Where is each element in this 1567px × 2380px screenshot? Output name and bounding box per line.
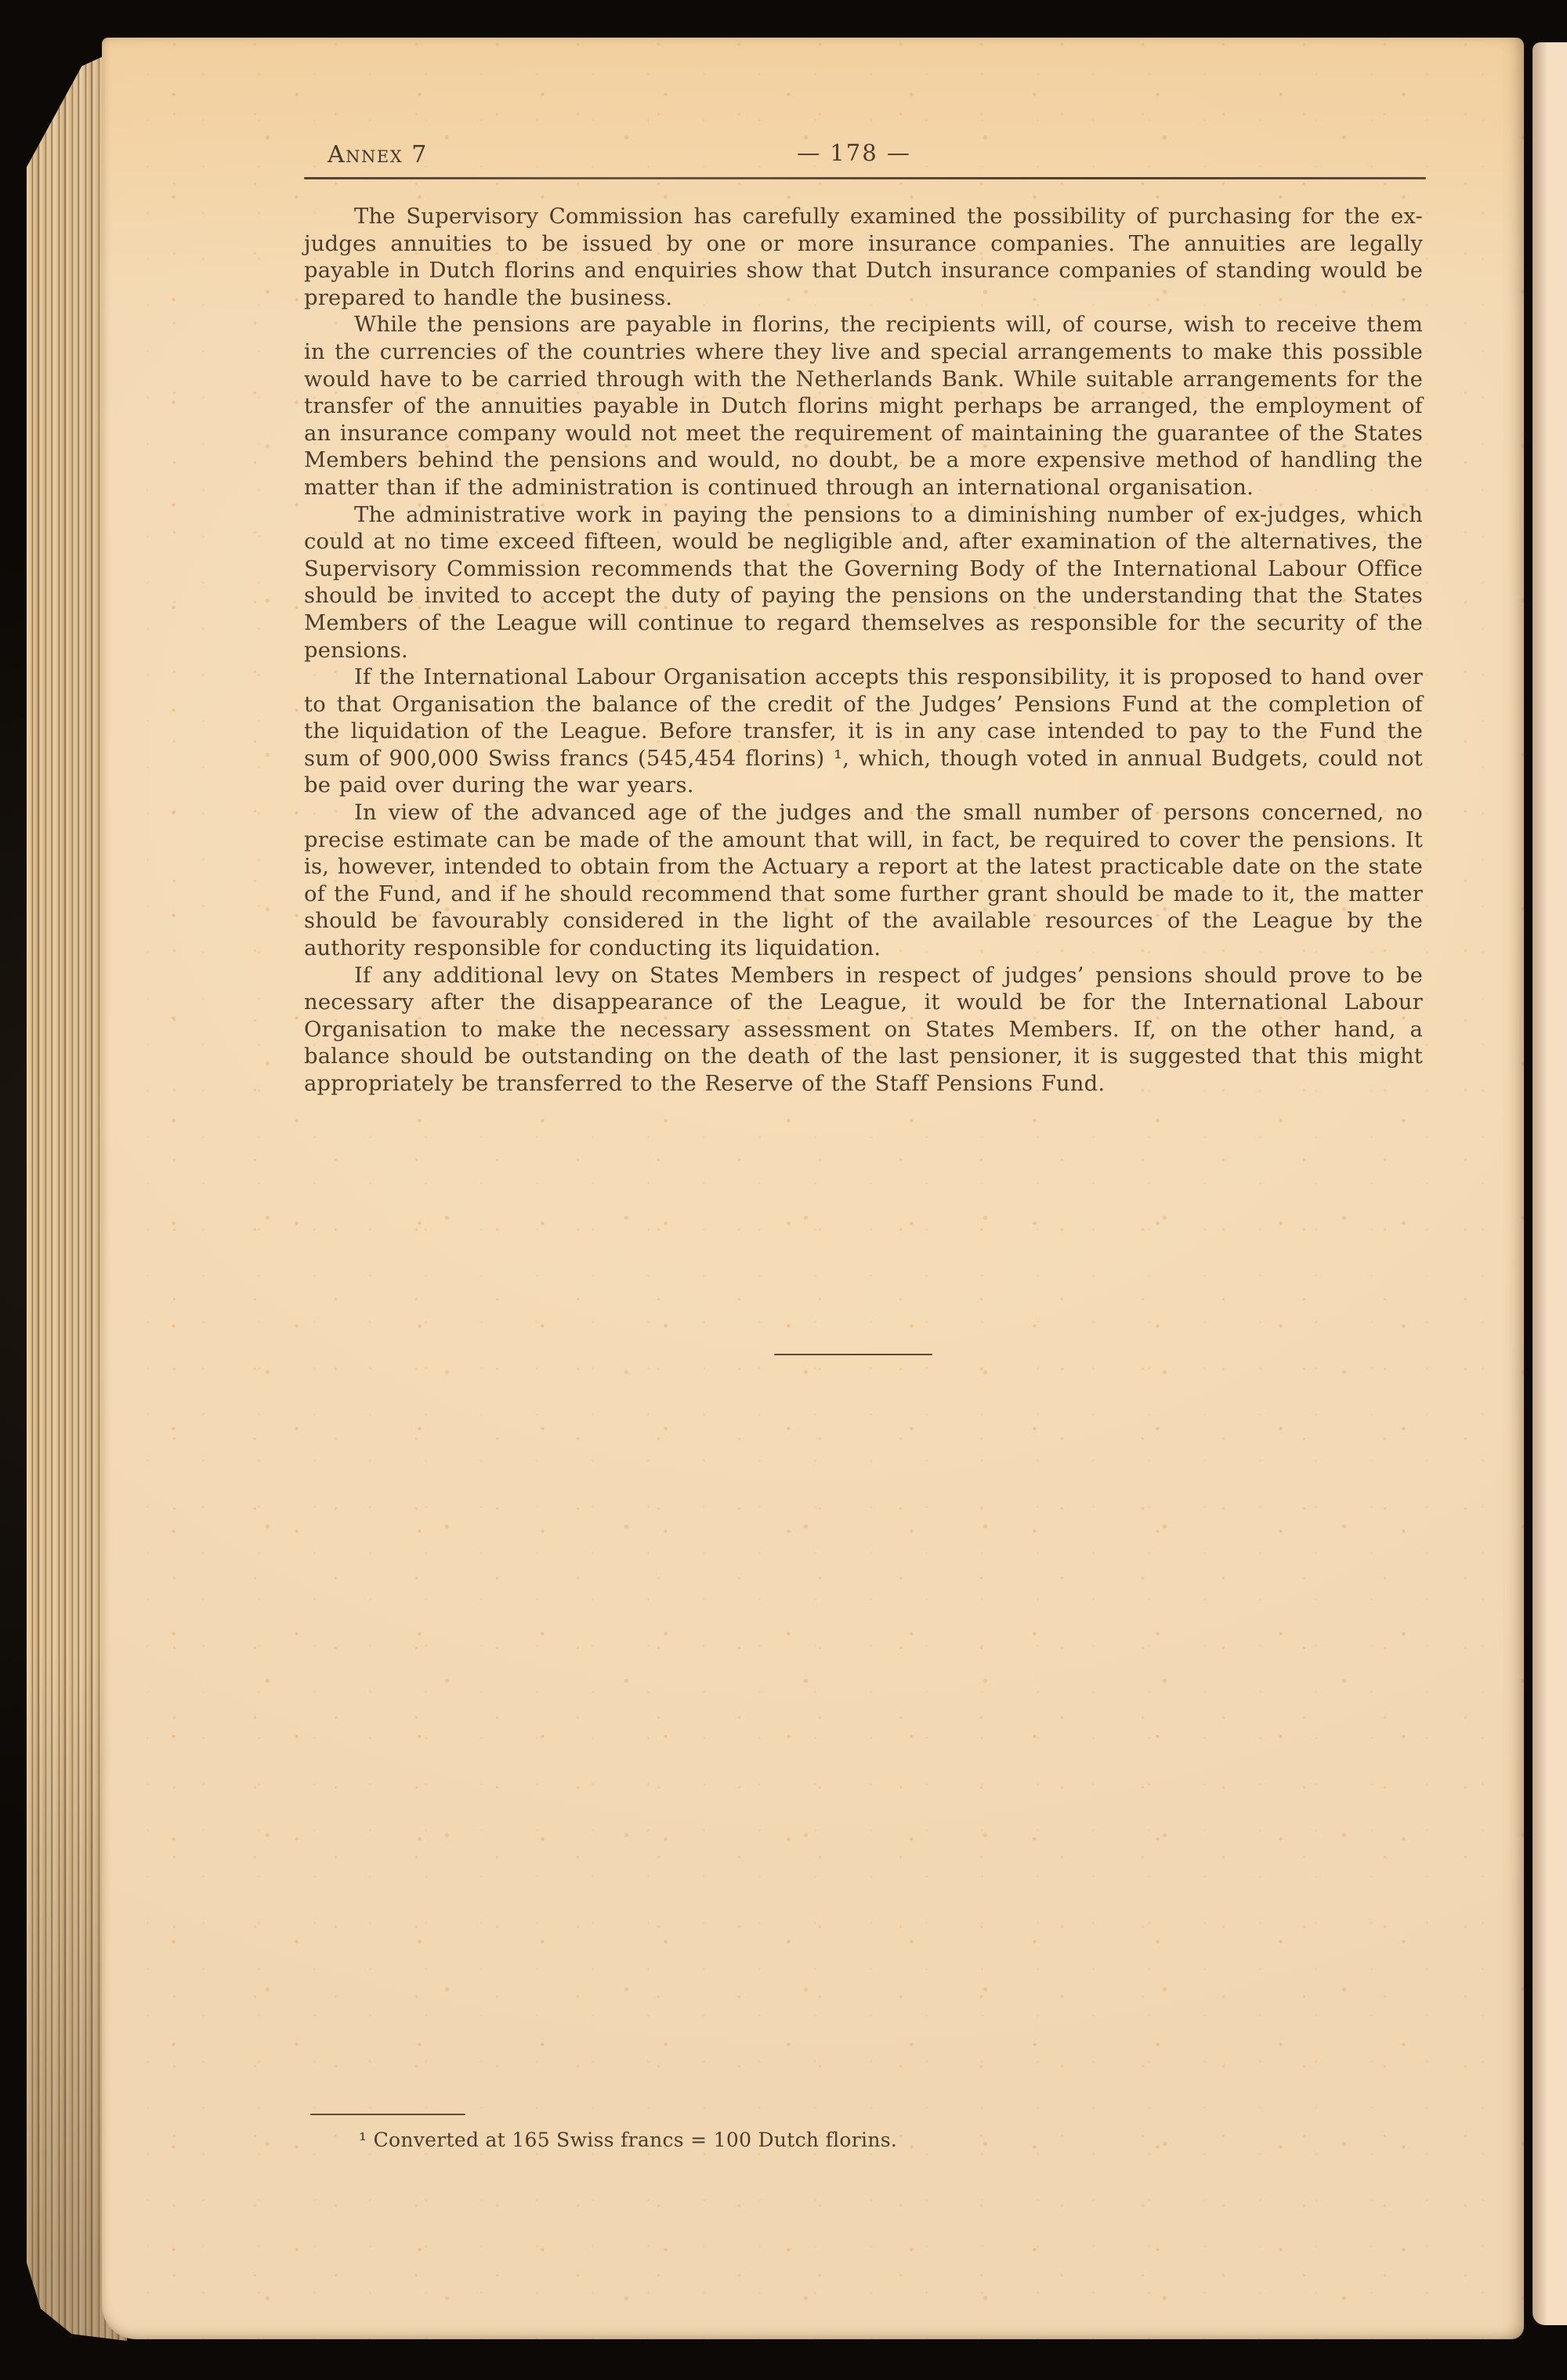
book-scan: Annex 7 — 178 — The Supervisory Commissi…: [0, 0, 1567, 2380]
footnote-text: ¹ Converted at 165 Swiss francs = 100 Du…: [359, 2128, 1221, 2152]
footnote-rule: [310, 2114, 465, 2115]
header-rule: [304, 177, 1426, 179]
document-page: Annex 7 — 178 — The Supervisory Commissi…: [102, 38, 1524, 2339]
annex-label: Annex 7: [328, 141, 428, 168]
paragraph: The administrative work in paying the pe…: [304, 502, 1423, 665]
paragraph: In view of the advanced age of the judge…: [304, 800, 1423, 963]
paragraph: The Supervisory Commission has carefully…: [304, 204, 1423, 312]
paragraph: If any additional levy on States Members…: [304, 963, 1423, 1098]
section-divider-rule: [774, 1354, 932, 1355]
paragraph: While the pensions are payable in florin…: [304, 312, 1423, 501]
paragraph: If the International Labour Organisation…: [304, 664, 1423, 800]
document-body: The Supervisory Commission has carefully…: [304, 204, 1423, 1098]
page-number: — 178 —: [752, 139, 956, 166]
facing-page-edge: [1533, 42, 1567, 2325]
